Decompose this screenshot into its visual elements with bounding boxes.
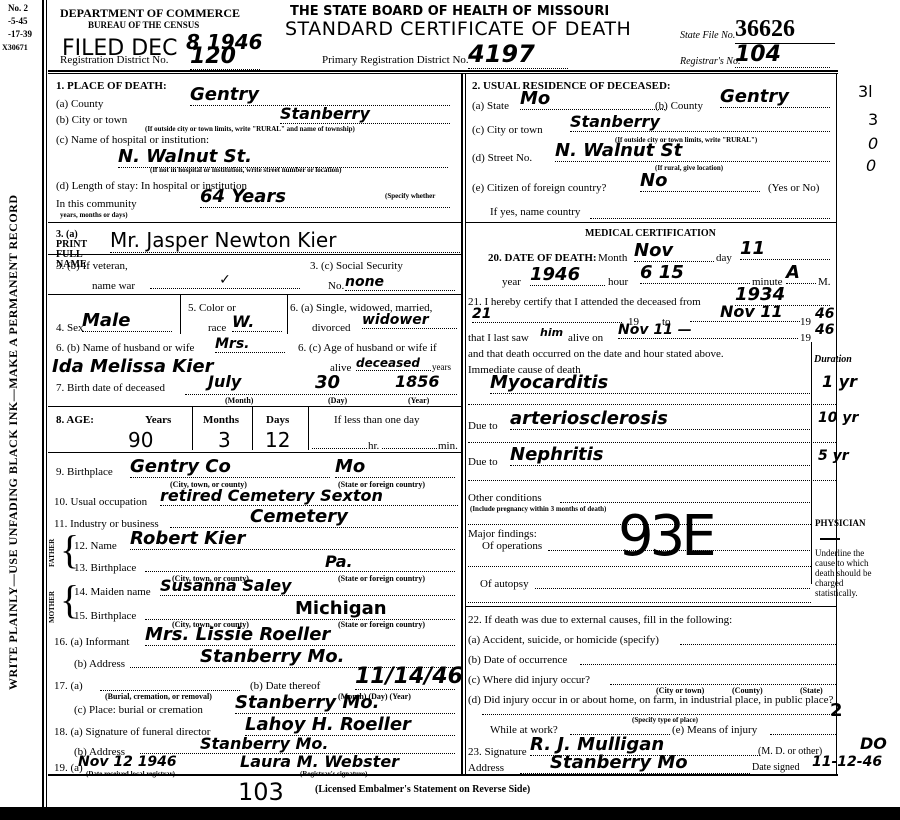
birth-year-value: 1856 <box>395 372 455 391</box>
cause-line <box>468 404 836 405</box>
country-label: If yes, name country <box>490 206 580 218</box>
frame-line <box>46 0 47 807</box>
war-value: ✓ <box>150 272 300 289</box>
cell-divider <box>287 294 288 334</box>
spouse-label: 6. (b) Name of husband or wife <box>56 342 194 354</box>
sex-label: 4. Sex <box>56 322 84 334</box>
hr-line <box>312 448 367 449</box>
citizen-note: (Yes or No) <box>768 182 819 194</box>
external-b-label: (b) Date of occurrence <box>468 654 567 666</box>
min-label: min. <box>438 440 458 452</box>
city-note: (If outside city or town limits, write "… <box>145 125 355 133</box>
section-rule <box>48 222 461 223</box>
race-label: 5. Color or <box>188 302 236 314</box>
burial-date-label: (b) Date thereof <box>250 680 320 692</box>
cell-divider <box>252 406 253 450</box>
occupation-value: retired Cemetery Sexton <box>160 486 458 506</box>
state-file-value: 36626 <box>735 16 835 44</box>
spouse-age-unit: years <box>432 362 451 372</box>
registrar-no-value: 104 <box>735 42 830 68</box>
hospital-label: (c) Name of hospital or institution: <box>56 134 209 146</box>
death-city-value: Stanberry <box>280 104 450 124</box>
age-less-day-label: If less than one day <box>334 414 420 426</box>
autopsy-line <box>535 588 810 589</box>
hr-label: hr. <box>368 440 379 452</box>
cause-line <box>468 566 811 567</box>
race-value: W. <box>232 312 282 332</box>
hospital-note: (If not in hospital or institution, writ… <box>150 166 341 174</box>
physician-title: PHYSICIAN <box>815 518 866 528</box>
other-conditions-label: Other conditions <box>468 492 542 504</box>
informant-label: 16. (a) Informant <box>54 636 129 648</box>
form-code: No. 2 <box>0 2 32 15</box>
last-saw-label: that I last saw <box>468 332 529 344</box>
birth-month-value: July <box>208 372 268 391</box>
death-month-value: Nov <box>634 240 714 262</box>
alive-on-label: alive on <box>568 332 603 344</box>
age-years-value: 90 <box>128 428 153 452</box>
res-city-label: (c) City or town <box>472 124 543 136</box>
community-label: In this community <box>56 198 137 210</box>
duration-divider <box>811 342 812 584</box>
date-signed-value: 11-12-46 <box>812 754 882 770</box>
year-caption: (Year) <box>408 396 429 405</box>
death-county-value: Gentry <box>190 84 450 106</box>
father-name-label: 12. Name <box>74 540 117 552</box>
cell-divider <box>192 406 193 450</box>
cause-line <box>468 442 836 443</box>
attended-to-year: 46 <box>815 306 834 322</box>
last-saw-value: Nov 11 — <box>618 322 798 339</box>
age-years-label: Years <box>145 414 171 426</box>
spouse-age-label: 6. (c) Age of husband or wife if <box>298 342 437 354</box>
burial-label: 17. (a) <box>54 680 83 692</box>
physician-address: Stanberry Mo <box>520 752 750 774</box>
informant-value: Mrs. Lissie Roeller <box>145 624 455 646</box>
birth-date-label: 7. Birth date of deceased <box>56 382 165 394</box>
cell-divider <box>308 406 309 450</box>
mother-birthplace-label: 15. Birthplace <box>74 610 136 622</box>
birth-date-line <box>185 394 457 395</box>
mother-maiden-label: 14. Maiden name <box>74 586 151 598</box>
md-value: DO <box>860 734 887 753</box>
attended-from-day: 21 <box>472 306 622 323</box>
res-state-label: (a) State <box>472 100 509 112</box>
age-months-value: 3 <box>218 428 231 452</box>
external-c-label: (c) Where did injury occur? <box>468 674 590 686</box>
spouse-prefix: Mrs. <box>215 336 285 353</box>
marital-value: widower <box>362 312 457 329</box>
scan-border <box>0 807 900 820</box>
burial-place-label: (c) Place: burial or cremation <box>74 704 203 716</box>
nineteen-label: 19 <box>800 332 811 344</box>
certificate-title: STANDARD CERTIFICATE OF DEATH <box>285 18 631 40</box>
date-signed-label: Date signed <box>752 762 800 773</box>
column-divider <box>465 74 466 774</box>
mother-maiden-value: Susanna Saley <box>160 576 455 596</box>
external-a-label: (a) Accident, suicide, or homicide (spec… <box>468 634 659 646</box>
section-rule <box>48 452 461 453</box>
father-birthplace-label: 13. Birthplace <box>74 562 136 574</box>
birthplace-label: 9. Birthplace <box>56 466 113 478</box>
duration-label: Duration <box>814 354 852 365</box>
margin-code: 0 <box>866 156 876 175</box>
due-to-label-2: Due to <box>468 456 498 468</box>
means-line <box>770 734 836 735</box>
margin-instruction: WRITE PLAINLY—USE UNFADING BLACK INK—MAK… <box>6 195 21 691</box>
ss-label: 3. (c) Social Security <box>310 260 403 272</box>
informant-address-label: (b) Address <box>74 658 125 670</box>
age-days-label: Days <box>266 414 289 426</box>
veteran-label: 3. (b) If veteran, <box>56 260 128 272</box>
res-county-label: (b) County <box>655 100 703 112</box>
mother-birthplace-value: Michigan <box>145 598 455 620</box>
registrar-signature: Laura M. Webster <box>240 752 455 771</box>
received-date-value: Nov 12 1946 <box>78 754 203 770</box>
state-file-label: State File No. <box>680 30 735 41</box>
date-of-death-label: 20. DATE OF DEATH: <box>488 252 597 264</box>
citizen-value: No <box>640 170 760 192</box>
ss-no-value: none <box>345 274 455 291</box>
sex-value: Male <box>82 310 172 332</box>
due-to-duration-2: 5 yr <box>818 448 849 464</box>
margin-code: 0 <box>868 134 878 153</box>
other-conditions-line <box>560 502 810 503</box>
due-to-label-1: Due to <box>468 420 498 432</box>
reg-district-value: 120 <box>190 44 260 70</box>
immediate-cause-value: Myocarditis <box>490 372 810 394</box>
death-minute-value: A <box>786 262 816 284</box>
place-of-death-heading: 1. PLACE OF DEATH: <box>56 80 167 92</box>
citizen-label: (e) Citizen of foreign country? <box>472 182 606 194</box>
code-stamp: 93E <box>618 504 713 569</box>
death-month-label: Month <box>598 252 627 264</box>
age-days-value: 12 <box>265 428 290 452</box>
month-caption: (Month) <box>225 396 253 405</box>
margin-code: 3l <box>858 82 873 101</box>
city-label: (b) City or town <box>56 114 127 126</box>
attended-to-value: Nov 11 <box>690 302 800 322</box>
external-b-line <box>580 664 836 665</box>
section-rule <box>466 222 836 223</box>
form-codes: No. 2 -5-45 -17-39 X30671 <box>0 2 32 54</box>
footer-number: 103 <box>238 778 284 806</box>
ss-no-label: No. <box>328 280 344 292</box>
due-to-value-1: arteriosclerosis <box>510 408 810 430</box>
other-conditions-note: (Include pregnancy within 3 months of de… <box>470 505 606 513</box>
marital-label-2: divorced <box>312 322 350 334</box>
header-rule <box>48 70 838 72</box>
cause-line <box>468 480 836 481</box>
signature-label: 23. Signature <box>468 746 527 758</box>
mother-tag: MOTHER <box>48 580 60 635</box>
birthplace-value: Gentry Co <box>130 456 330 478</box>
section-rule <box>466 606 836 607</box>
physician-rule <box>820 538 840 540</box>
country-line <box>590 218 830 219</box>
occupation-label: 10. Usual occupation <box>54 496 147 508</box>
medical-heading: MEDICAL CERTIFICATION <box>585 228 716 239</box>
registrar-sig-caption: (Registrar's signature) <box>300 770 367 778</box>
age-months-label: Months <box>203 414 239 426</box>
spouse-age-value: deceased <box>356 356 431 371</box>
birthplace-state-value: Mo <box>335 456 455 478</box>
last-saw-year: 46 <box>815 322 834 338</box>
frame-line <box>42 0 44 807</box>
external-c-line <box>610 684 836 685</box>
father-tag: FATHER <box>48 528 60 578</box>
burial-caption: (Burial, cremation, or removal) <box>105 692 212 701</box>
burial-line <box>100 690 240 691</box>
industry-value: Cemetery <box>170 506 458 528</box>
embalmer-note: (Licensed Embalmer's Statement on Revers… <box>315 784 530 795</box>
board-title: THE STATE BOARD OF HEALTH OF MISSOURI <box>290 4 609 19</box>
res-street-value: N. Walnut St <box>555 140 830 162</box>
external-d-line <box>482 714 836 715</box>
section-rule <box>48 406 461 407</box>
res-street-label: (d) Street No. <box>472 152 532 164</box>
burial-place-value: Stanberry Mo. <box>235 692 455 714</box>
reg-district-label: Registration District No. <box>60 54 168 66</box>
bureau: BUREAU OF THE CENSUS <box>88 20 199 30</box>
death-hour-value: 6 15 <box>640 262 750 284</box>
margin-code: 3 <box>868 110 878 129</box>
res-county-value: Gentry <box>720 86 830 108</box>
full-name-value: Mr. Jasper Newton Kier <box>110 228 460 253</box>
due-to-duration-1: 10 yr <box>818 410 858 426</box>
community-value: 64 Years <box>200 186 450 208</box>
county-label: (a) County <box>56 98 103 110</box>
death-day-value: 11 <box>740 238 830 260</box>
death-year-label: year <box>502 276 521 288</box>
autopsy-label: Of autopsy <box>480 578 529 590</box>
external-d-label: (d) Did injury occur in or about home, o… <box>468 694 833 706</box>
community-note: years, months or days) <box>60 211 128 219</box>
physician-instructions: Underline the cause to which death shoul… <box>815 548 875 598</box>
section-rule <box>48 294 461 295</box>
external-a-line <box>680 644 836 645</box>
immediate-duration: 1 yr <box>822 372 834 391</box>
last-saw-who: him <box>540 326 563 339</box>
major-findings-label: Major findings: <box>468 528 537 540</box>
form-code: X30671 <box>0 41 32 54</box>
section-rule <box>48 254 461 255</box>
min-line <box>382 448 437 449</box>
place-type-caption: (Specify type of place) <box>632 716 698 724</box>
external-heading: 22. If death was due to external causes,… <box>468 614 732 626</box>
burial-date-value: 11/14/46 <box>355 664 455 690</box>
form-code: -17-39 <box>0 28 32 41</box>
hospital-value: N. Walnut St. <box>118 146 448 168</box>
header-rule <box>48 73 838 74</box>
director-address-value: Stanberry Mo. <box>140 734 455 754</box>
day-caption: (Day) <box>328 396 347 405</box>
nineteen-label: 19 <box>800 316 811 328</box>
address-label: Address <box>468 762 504 774</box>
form-code: -5-45 <box>0 15 32 28</box>
department: DEPARTMENT OF COMMERCE <box>60 6 240 21</box>
res-state-value: Mo <box>520 88 665 110</box>
death-hour-label: hour <box>608 276 628 288</box>
res-city-value: Stanberry <box>570 112 830 132</box>
operations-label: Of operations <box>482 540 542 552</box>
external-margin-mark: 2 <box>830 700 843 721</box>
race-label-2: race <box>208 322 226 334</box>
war-label: name war <box>92 280 135 292</box>
funeral-director-value: Lahoy H. Roeller <box>245 714 455 736</box>
cell-divider <box>180 294 181 334</box>
age-label: 8. AGE: <box>56 414 94 426</box>
death-year-value: 1946 <box>530 264 605 286</box>
occurred-statement: and that death occurred on the date and … <box>468 348 724 360</box>
father-birthplace-value: Pa. <box>145 552 455 572</box>
primary-district-label: Primary Registration District No. <box>322 54 469 66</box>
birth-day-value: 30 <box>315 372 365 393</box>
cause-line <box>468 602 811 603</box>
father-name-value: Robert Kier <box>130 528 455 550</box>
primary-district-value: 4197 <box>468 40 568 69</box>
registrar-no-label: Registrar's No. <box>680 56 740 67</box>
due-to-value-2: Nephritis <box>510 444 810 466</box>
received-caption: (Date received local registrar) <box>86 770 175 778</box>
